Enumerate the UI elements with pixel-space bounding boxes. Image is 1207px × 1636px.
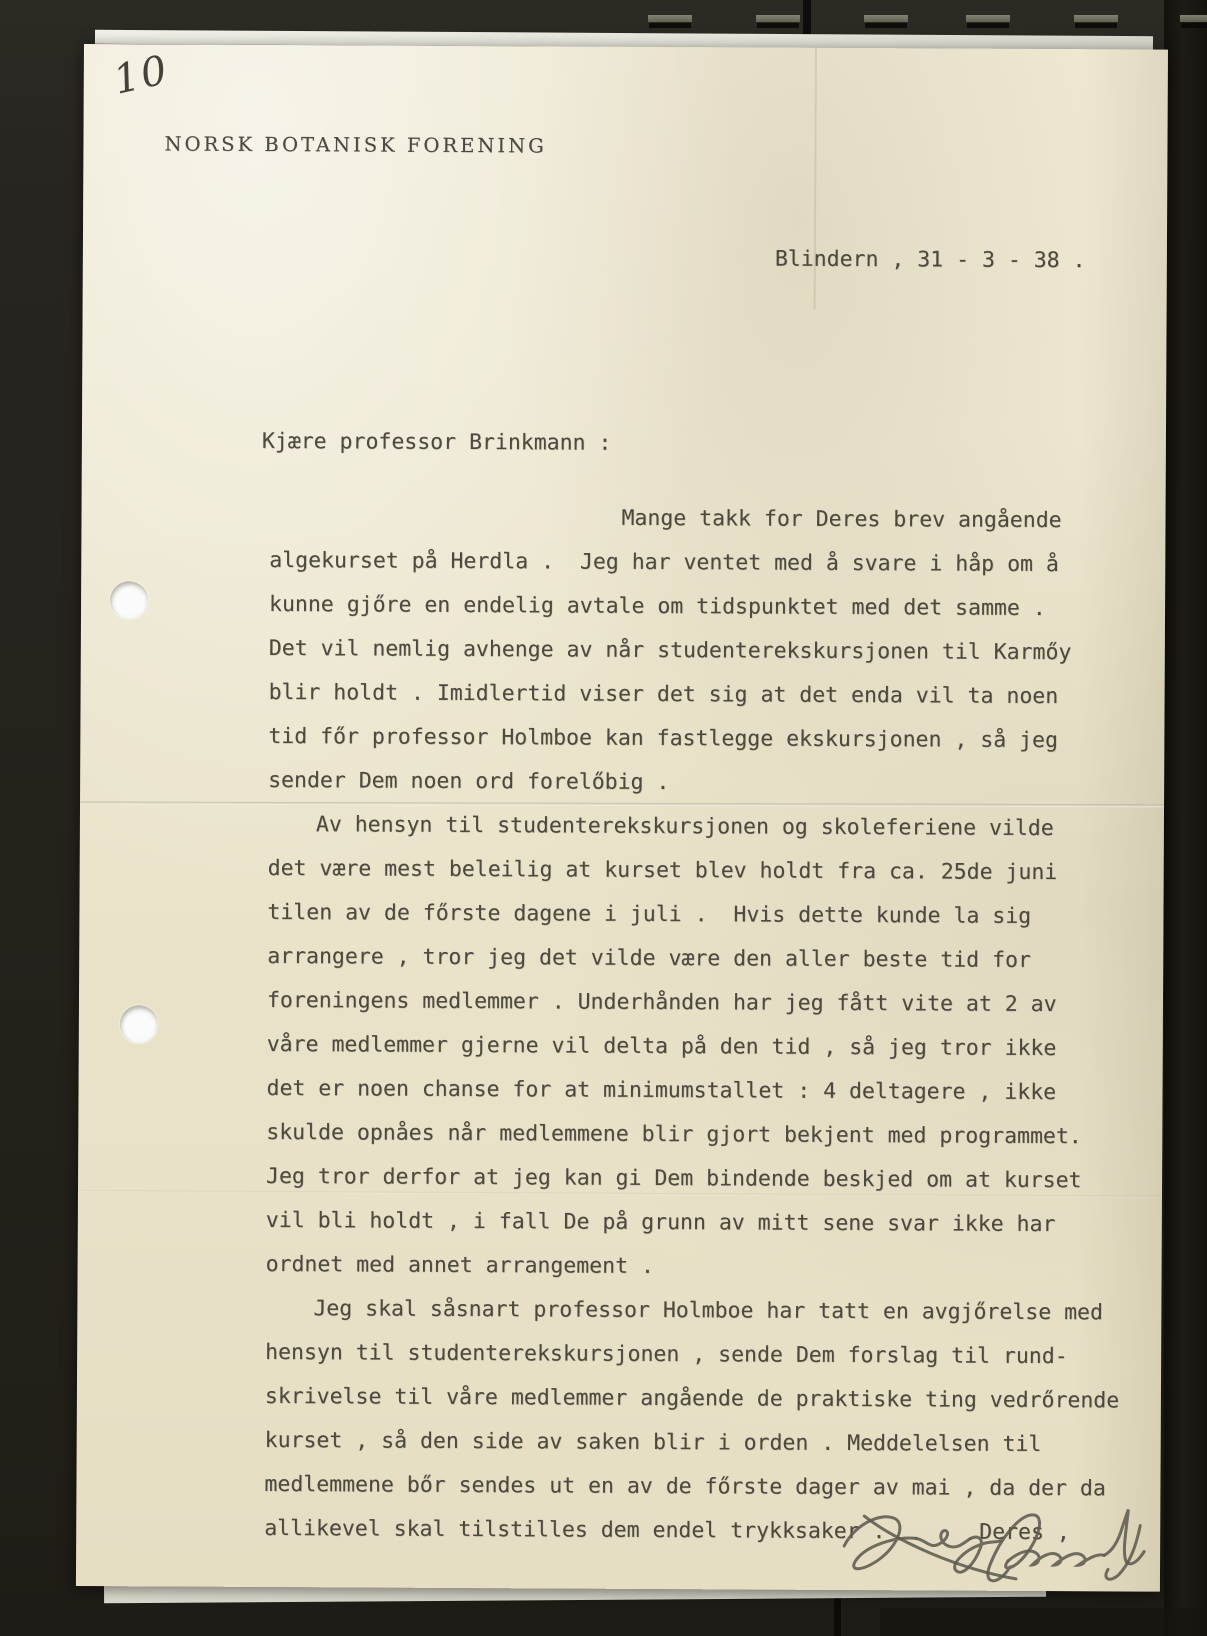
typed-line: algekurset på Herdla . Jeg har ventet me… bbox=[269, 539, 1169, 588]
punch-hole bbox=[110, 581, 148, 619]
typed-line: kunne gjőre en endelig avtale om tidspun… bbox=[269, 583, 1169, 632]
typed-line: det være mest beleilig at kurset blev ho… bbox=[268, 847, 1168, 896]
typed-line: skrivelse til våre medlemmer angående de… bbox=[265, 1375, 1165, 1424]
typed-line: Av hensyn til studenterekskursjonen og s… bbox=[268, 803, 1168, 852]
handwritten-page-number: 10 bbox=[109, 47, 173, 104]
archive-scan-background: 10 NORSK BOTANISK FORENING Blindern , 31… bbox=[0, 0, 1207, 1636]
typed-line: skulde opnåes når medlemmene blir gjort … bbox=[266, 1111, 1166, 1160]
typed-line: Jeg skal såsnart professor Holmboe har t… bbox=[265, 1287, 1165, 1336]
typed-line: ordnet med annet arrangement . bbox=[265, 1243, 1165, 1292]
salutation: Kjære professor Brinkmann : bbox=[262, 420, 612, 466]
stitch-dash bbox=[1074, 15, 1118, 22]
typed-line: vil bli holdt , i fall De på grunn av mi… bbox=[266, 1199, 1166, 1248]
backing-seam-bottom-right bbox=[880, 1608, 1207, 1636]
typed-line: tid főr professor Holmboe kan fastlegge … bbox=[268, 715, 1168, 764]
typed-line: hensyn til studenterekskursjonen , sende… bbox=[265, 1331, 1165, 1380]
typed-line: sender Dem noen ord forelőbig . bbox=[268, 759, 1168, 808]
letter-body: Mange takk for Deres brev angåendealgeku… bbox=[264, 495, 1170, 1556]
typed-line: arrangere , tror jeg det vilde være den … bbox=[267, 935, 1167, 984]
typed-line: Det vil nemlig avhenge av når studentere… bbox=[269, 627, 1169, 676]
typed-line: Mange takk for Deres brev angående bbox=[269, 495, 1169, 544]
backing-board-right bbox=[1164, 0, 1207, 1636]
typed-line: tilen av de főrste dagene i juli . Hvis … bbox=[267, 891, 1167, 940]
typed-line: Jeg tror derfor at jeg kan gi Dem binden… bbox=[266, 1155, 1166, 1204]
stitch-dash bbox=[648, 15, 692, 22]
stitch-dash bbox=[864, 15, 908, 22]
signature bbox=[838, 1500, 1160, 1598]
typed-line: våre medlemmer gjerne vil delta på den t… bbox=[267, 1023, 1167, 1072]
dateline: Blindern , 31 - 3 - 38 . bbox=[775, 238, 1086, 284]
typed-line: det er noen chanse for at minimumstallet… bbox=[266, 1067, 1166, 1116]
typed-line: foreningens medlemmer . Underhånden har … bbox=[267, 979, 1167, 1028]
stitch-dash bbox=[966, 15, 1010, 22]
typed-line: kurset , så den side av saken blir i ord… bbox=[265, 1419, 1165, 1468]
punch-hole bbox=[120, 1005, 158, 1043]
typed-line: blir holdt . Imidlertid viser det sig at… bbox=[268, 671, 1168, 720]
stitch-dash bbox=[756, 15, 800, 22]
letterhead: NORSK BOTANISK FORENING bbox=[164, 132, 546, 157]
stitch-dash bbox=[1180, 15, 1207, 22]
letter-page: 10 NORSK BOTANISK FORENING Blindern , 31… bbox=[76, 44, 1168, 1592]
